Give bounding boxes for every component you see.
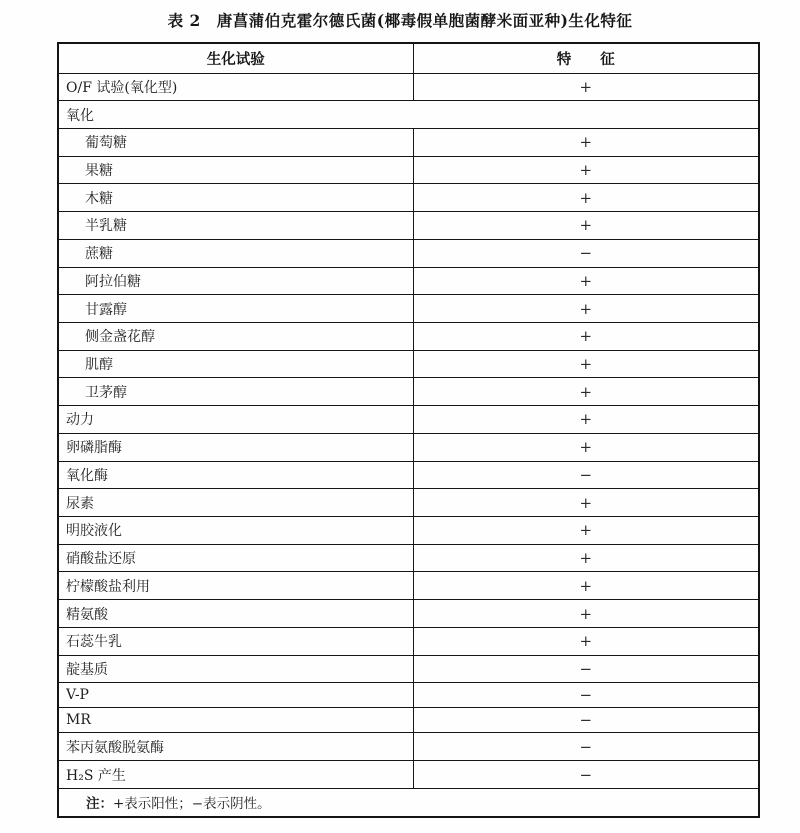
result-cell: + [413,73,759,101]
result-cell: + [413,627,759,655]
table-row: 木糖+ [58,184,759,212]
table-header: 生化试验 特 征 [58,43,759,73]
table-row: 明胶液化+ [58,517,759,545]
test-name-cell: H₂S 产生 [58,761,413,789]
table-row: 石蕊牛乳+ [58,627,759,655]
result-cell: − [413,461,759,489]
result-cell: + [413,156,759,184]
result-cell: + [413,267,759,295]
table-row: 尿素+ [58,489,759,517]
result-cell: + [413,572,759,600]
result-cell: + [413,322,759,350]
document-page: 表 2 唐菖蒲伯克霍尔德氏菌(椰毒假单胞菌酵米面亚种)生化特征 生化试验 特 征… [0,0,800,833]
result-cell: + [413,350,759,378]
test-name-cell: 苯丙氨酸脱氨酶 [58,733,413,761]
result-cell: − [413,239,759,267]
test-name-cell: 肌醇 [58,350,413,378]
test-name-cell: 明胶液化 [58,517,413,545]
result-cell: + [413,295,759,323]
test-name-cell: 木糖 [58,184,413,212]
note-prefix: 注： [86,796,113,812]
table-row: 卫茅醇+ [58,378,759,406]
table-row: 硝酸盐还原+ [58,544,759,572]
table-row: 氧化酶− [58,461,759,489]
result-cell: + [413,489,759,517]
test-name-cell: 卫茅醇 [58,378,413,406]
table-row: H₂S 产生− [58,761,759,789]
test-name-cell: 半乳糖 [58,212,413,240]
result-cell: + [413,600,759,628]
table-row: 半乳糖+ [58,212,759,240]
test-name-cell: 柠檬酸盐利用 [58,572,413,600]
result-cell: − [413,683,759,708]
test-name-cell: O/F 试验(氧化型) [58,73,413,101]
note-row: 注：+表示阳性；−表示阴性。 [58,788,759,817]
test-name-cell: 靛基质 [58,655,413,683]
table-row: 蔗糖− [58,239,759,267]
column-header-feature: 特 征 [413,43,759,73]
table-row: 阿拉伯糖+ [58,267,759,295]
result-cell: + [413,212,759,240]
table-row: 侧金盏花醇+ [58,322,759,350]
test-name-cell: 石蕊牛乳 [58,627,413,655]
table-row: MR− [58,708,759,733]
test-name-cell: MR [58,708,413,733]
table-row: 果糖+ [58,156,759,184]
table-note: 注：+表示阳性；−表示阴性。 [58,788,759,817]
table-row: O/F 试验(氧化型)+ [58,73,759,101]
table-row: 动力+ [58,406,759,434]
result-cell: + [413,184,759,212]
result-cell: + [413,517,759,545]
table-row: 精氨酸+ [58,600,759,628]
test-name-cell: 甘露醇 [58,295,413,323]
test-name-cell: 果糖 [58,156,413,184]
test-name-cell: 葡萄糖 [58,128,413,156]
result-cell: − [413,655,759,683]
test-name-cell: 蔗糖 [58,239,413,267]
test-group-cell: 氧化 [58,101,759,129]
table-row: 卵磷脂酶+ [58,433,759,461]
table-row: 苯丙氨酸脱氨酶− [58,733,759,761]
table-row: V-P− [58,683,759,708]
test-name-cell: 阿拉伯糖 [58,267,413,295]
header-row: 生化试验 特 征 [58,43,759,73]
result-cell: − [413,733,759,761]
test-name-cell: 侧金盏花醇 [58,322,413,350]
result-cell: − [413,761,759,789]
test-name-cell: 硝酸盐还原 [58,544,413,572]
test-name-cell: 氧化酶 [58,461,413,489]
test-name-cell: 尿素 [58,489,413,517]
test-name-cell: 动力 [58,406,413,434]
table-body: O/F 试验(氧化型)+氧化葡萄糖+果糖+木糖+半乳糖+蔗糖−阿拉伯糖+甘露醇+… [58,73,759,817]
result-cell: + [413,433,759,461]
table-row: 靛基质− [58,655,759,683]
table-row: 葡萄糖+ [58,128,759,156]
result-cell: − [413,708,759,733]
table-row: 肌醇+ [58,350,759,378]
column-header-test: 生化试验 [58,43,413,73]
test-name-cell: V-P [58,683,413,708]
result-cell: + [413,378,759,406]
table-row: 甘露醇+ [58,295,759,323]
table-caption: 表 2 唐菖蒲伯克霍尔德氏菌(椰毒假单胞菌酵米面亚种)生化特征 [0,9,800,31]
note-text: +表示阳性；−表示阴性。 [113,796,271,812]
result-cell: + [413,406,759,434]
biochemical-characteristics-table: 生化试验 特 征 O/F 试验(氧化型)+氧化葡萄糖+果糖+木糖+半乳糖+蔗糖−… [57,42,760,818]
test-name-cell: 卵磷脂酶 [58,433,413,461]
result-cell: + [413,544,759,572]
result-cell: + [413,128,759,156]
table-row: 柠檬酸盐利用+ [58,572,759,600]
table-row: 氧化 [58,101,759,129]
test-name-cell: 精氨酸 [58,600,413,628]
